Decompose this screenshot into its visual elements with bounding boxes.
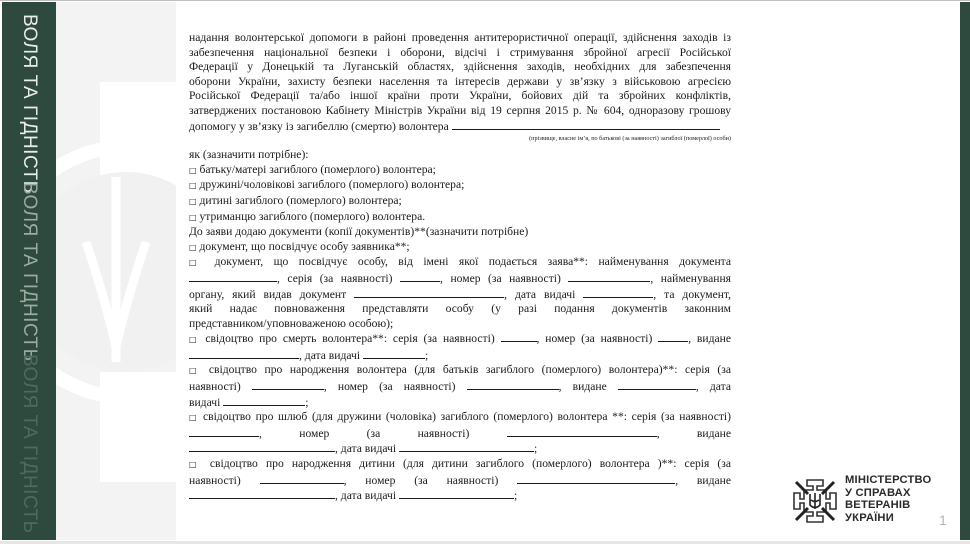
- issued-by-field[interactable]: [189, 441, 335, 452]
- intro-line-with-name-blank: допомогу у зв’язку із загибеллю (смертю)…: [189, 119, 731, 135]
- as-label: як (зазначити потрібне):: [189, 148, 731, 163]
- number-field[interactable]: [467, 379, 559, 390]
- right-brand-bar: [960, 2, 970, 540]
- checkbox-icon[interactable]: □: [189, 197, 197, 206]
- form-line: наявності) , номер (за наявності) , вида…: [189, 473, 731, 489]
- document-option[interactable]: □ свідоцтво про смерть волонтера**: сері…: [189, 331, 731, 348]
- recipient-option[interactable]: □ батьку/матері загиблого (померлого) во…: [189, 163, 731, 179]
- document-option[interactable]: □ документ, що посвідчує особу, від імен…: [189, 255, 731, 271]
- issue-date-field[interactable]: [363, 348, 425, 359]
- slogan-text: ВОЛЯ ТА ГІДНІСТЬ: [2, 14, 56, 194]
- series-field[interactable]: [501, 331, 537, 342]
- series-field[interactable]: [260, 473, 344, 484]
- form-line: , номер (за наявності) , видане: [189, 426, 731, 442]
- checkbox-icon[interactable]: □: [189, 243, 197, 252]
- issue-date-field[interactable]: [583, 287, 653, 298]
- issued-by-field[interactable]: [618, 379, 696, 390]
- form-line: представником/уповноваженою особою);: [189, 317, 731, 332]
- issue-date-field[interactable]: [399, 488, 514, 499]
- recipient-option[interactable]: □ дитині загиблого (померлого) волонтера…: [189, 194, 731, 210]
- recipient-option[interactable]: □ утриманцю загиблого (померлого) волонт…: [189, 210, 731, 226]
- form-line: , дата видачі ;: [189, 488, 731, 504]
- form-line: наявності) , номер (за наявності) , вида…: [189, 379, 731, 395]
- application-form-text: надання волонтерської допомоги в районі …: [189, 31, 731, 504]
- number-field[interactable]: [507, 426, 657, 437]
- series-field[interactable]: [252, 379, 324, 390]
- checkbox-icon[interactable]: □: [189, 366, 201, 375]
- intro-line: надання волонтерської допомоги в районі …: [189, 31, 731, 46]
- checkbox-icon[interactable]: □: [189, 460, 202, 469]
- watermark-panel: [56, 2, 176, 540]
- intro-line: Федерації у Донецькій та Луганській обла…: [189, 60, 731, 75]
- checkbox-icon[interactable]: □: [189, 258, 204, 267]
- number-field[interactable]: [517, 473, 675, 484]
- top-border: [0, 0, 970, 1]
- form-line: , дата видачі ;: [189, 441, 731, 457]
- volunteer-name-field[interactable]: [452, 119, 720, 130]
- document-option[interactable]: □ документ, що посвідчує особу заявника*…: [189, 240, 731, 256]
- checkbox-icon[interactable]: □: [189, 413, 198, 422]
- document-name-field[interactable]: [189, 271, 277, 282]
- intro-line: затверджених постановою Кабінету Міністр…: [189, 104, 731, 119]
- series-field[interactable]: [400, 271, 440, 282]
- name-field-caption: (прізвище, власне ім’я, по батькові (за …: [189, 135, 731, 143]
- page-number: 1: [939, 512, 947, 528]
- intro-line: забезпечення національної безпеки і обор…: [189, 46, 731, 61]
- recipient-option[interactable]: □ дружині/чоловікові загиблого (померлог…: [189, 178, 731, 194]
- slogan-text-faded: ВОЛЯ ТА ГІДНІСТЬ: [2, 182, 56, 362]
- ministry-emblem-icon: [790, 476, 840, 526]
- document-option[interactable]: □ свідоцтво про шлюб (для дружини (чолов…: [189, 410, 731, 426]
- checkbox-icon[interactable]: □: [189, 335, 200, 344]
- issuing-authority-field[interactable]: [354, 287, 504, 298]
- series-field[interactable]: [189, 426, 259, 437]
- intro-line: оборони України, захисту безпеки населен…: [189, 75, 731, 90]
- document-option[interactable]: □ свідоцтво про народження дитини (для д…: [189, 457, 731, 473]
- issued-by-field[interactable]: [189, 348, 299, 359]
- intro-line: Російської Федерації та/або іншої країни…: [189, 89, 731, 104]
- number-field[interactable]: [658, 331, 688, 342]
- form-line: який надає повноваження представляти осо…: [189, 302, 731, 317]
- number-field[interactable]: [568, 271, 650, 282]
- issued-by-field[interactable]: [189, 488, 335, 499]
- issue-date-field[interactable]: [223, 395, 305, 406]
- slogan-text-dim: ВОЛЯ ТА ГІДНІСТЬ: [2, 354, 56, 534]
- form-line: видачі ;: [189, 395, 731, 411]
- checkbox-icon[interactable]: □: [189, 181, 197, 190]
- checkbox-icon[interactable]: □: [189, 166, 197, 175]
- attach-label: До заяви додаю документи (копії документ…: [189, 225, 731, 240]
- issue-date-field[interactable]: [399, 441, 534, 452]
- form-line: , серія (за наявності) , номер (за наявн…: [189, 271, 731, 287]
- emblem-watermark-icon: [56, 2, 176, 540]
- left-brand-bar: ВОЛЯ ТА ГІДНІСТЬ ВОЛЯ ТА ГІДНІСТЬ ВОЛЯ Т…: [2, 2, 56, 540]
- form-line: , дата видачі ;: [189, 348, 731, 364]
- form-line: органу, який видав документ , дата видач…: [189, 287, 731, 303]
- intro-line: допомогу у зв’язку із загибеллю (смертю)…: [189, 120, 449, 133]
- ministry-name: МІНІСТЕРСТВО У СПРАВАХ ВЕТЕРАНІВ УКРАЇНИ: [845, 474, 931, 524]
- ministry-logo: МІНІСТЕРСТВО У СПРАВАХ ВЕТЕРАНІВ УКРАЇНИ: [790, 472, 940, 528]
- document-option[interactable]: □ свідоцтво про народження волонтера (дл…: [189, 363, 731, 379]
- checkbox-icon[interactable]: □: [189, 213, 197, 222]
